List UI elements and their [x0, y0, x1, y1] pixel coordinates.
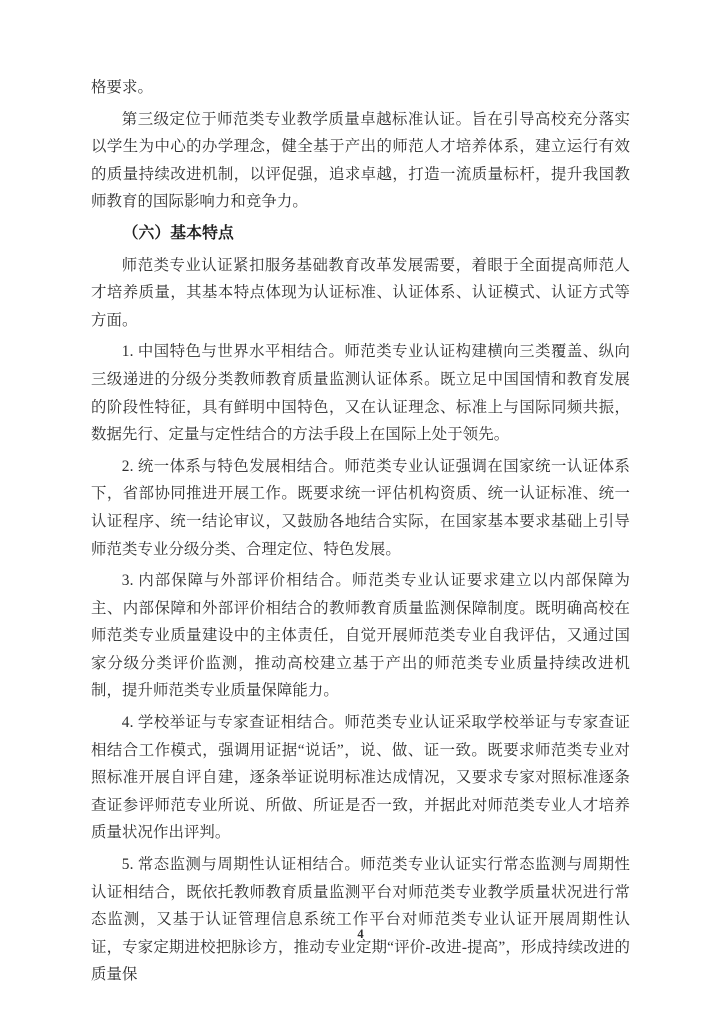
section-heading: （六）基本特点	[91, 220, 630, 248]
paragraph-point-3: 3. 内部保障与外部评价相结合。师范类专业认证要求建立以内部保障为主、内部保障和…	[91, 567, 630, 705]
paragraph: 第三级定位于师范类专业教学质量卓越标准认证。旨在引导高校充分落实以学生为中心的办…	[91, 106, 630, 216]
paragraph-point-4: 4. 学校举证与专家查证相结合。师范类专业认证采取学校举证与专家查证相结合工作模…	[91, 709, 630, 847]
document-page: 格要求。 第三级定位于师范类专业教学质量卓越标准认证。旨在引导高校充分落实以学生…	[0, 0, 720, 1018]
paragraph-point-1: 1. 中国特色与世界水平相结合。师范类专业认证构建横向三类覆盖、纵向三级递进的分…	[91, 338, 630, 448]
document-body: 格要求。 第三级定位于师范类专业教学质量卓越标准认证。旨在引导高校充分落实以学生…	[91, 74, 630, 993]
paragraph-continuation: 格要求。	[91, 74, 630, 102]
page-number: 4	[91, 927, 630, 942]
paragraph: 师范类专业认证紧扣服务基础教育改革发展需要，着眼于全面提高师范人才培养质量，其基…	[91, 252, 630, 335]
paragraph-point-5: 5. 常态监测与周期性认证相结合。师范类专业认证实行常态监测与周期性认证相结合，…	[91, 851, 630, 989]
paragraph-point-2: 2. 统一体系与特色发展相结合。师范类专业认证强调在国家统一认证体系下，省部协同…	[91, 453, 630, 563]
